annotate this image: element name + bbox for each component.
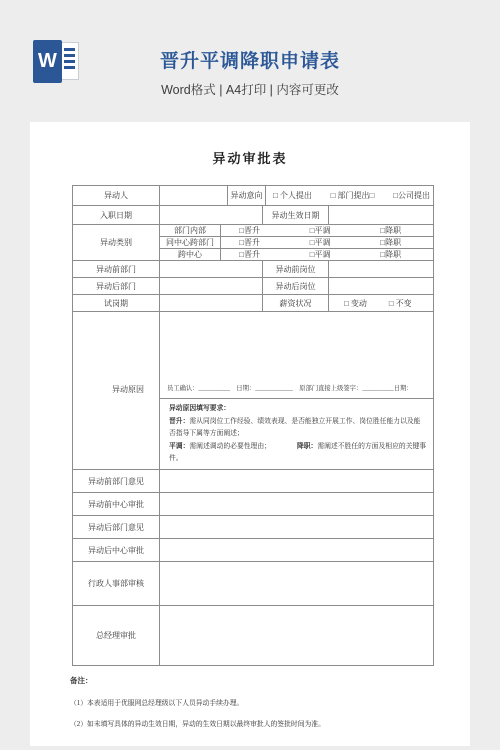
before-dept-value [160,261,263,278]
category-scope: 部门内部 [160,225,221,237]
approval-form-table: 异动人 异动意向 □ 个人提出 □ 部门提出□ □公司提出 入职日期 异动生效日… [72,185,434,666]
reason-label: 异动原因 [73,312,160,470]
table-row: 异动前部门 异动前岗位 [73,261,434,278]
approval-value [160,562,434,606]
approval-value [160,516,434,539]
document-page: 异动审批表 异动人 异动意向 □ 个人提出 □ 部门提出□ □公司提出 入职日期… [30,122,470,746]
category-scope: 跨中心 [160,249,221,261]
approval-value [160,606,434,666]
checkbox-option: □平调 [292,249,363,260]
reason-requirements: 异动原因填写要求： 晋升：需从同岗位工作经验、绩效表现、是否能独立开展工作、岗位… [160,399,433,469]
checkbox-option: □平调 [292,225,363,236]
template-subtitle: Word格式 | A4打印 | 内容可更改 [0,80,500,98]
intent-options: □ 个人提出 □ 部门提出□ □公司提出 [266,186,434,206]
checkbox-option: □晋升 [221,237,292,248]
reason-label-text: 异动原因 [112,382,120,399]
checkbox-option: □ 变动 [344,298,367,309]
requirement-term: 降职： [297,443,317,450]
before-dept-label: 异动前部门 [73,261,160,278]
category-subrows: 部门内部 □晋升 □平调 □降职 同中心跨部门 □晋升 □平调 □降职 [160,225,434,261]
table-row: 总经理审批 [73,606,434,666]
requirement-promotion: 晋升：需从同岗位工作经验、绩效表现、是否能独立开展工作、岗位胜任能力以及能否指导… [169,416,427,441]
category-options: □晋升 □平调 □降职 [221,225,434,237]
effective-date-label: 异动生效日期 [263,206,329,225]
before-post-label: 异动前岗位 [263,261,329,278]
checkbox-option: □降职 [362,225,433,236]
note-item: （1）本表适用于优服网总经理级以下人员异动手续办理。 [70,697,440,707]
preview-header: W 晋升平调降职申请表 Word格式 | A4打印 | 内容可更改 [0,0,500,122]
template-title: 晋升平调降职申请表 [0,46,500,73]
salary-label: 薪资状况 [263,295,329,312]
checkbox-option: □ 个人提出 [273,190,312,201]
checkbox-option: □晋升 [221,225,292,236]
requirement-text: 需从同岗位工作经验、绩效表现、是否能独立开展工作、岗位胜任能力以及能否指导下属等… [169,418,420,438]
trial-label: 试岗期 [73,295,160,312]
table-row: 部门内部 □晋升 □平调 □降职 [160,225,434,237]
approval-label: 异动后部门意见 [73,516,160,539]
approval-label: 异动后中心审批 [73,539,160,562]
before-post-value [329,261,434,278]
checkbox-option: □公司提出 [393,190,430,201]
category-rows: 异动类别 部门内部 □晋升 □平调 □降职 同中心跨部门 □晋升 □平调 □降职 [73,225,434,261]
checkbox-option: □ 部门提出□ [331,190,375,201]
category-label: 异动类别 [73,225,160,261]
table-row: 跨中心 □晋升 □平调 □降职 [160,249,434,261]
table-row: 同中心跨部门 □晋升 □平调 □降职 [160,237,434,249]
intent-label: 异动意向 [228,186,266,206]
person-label: 异动人 [73,186,160,206]
table-row: 异动后中心审批 [73,539,434,562]
requirement-text: 需阐述调动的必要性理由； [189,443,271,450]
requirement-transfer-demotion: 平调：需阐述调动的必要性理由；降职：需阐述不胜任的方面及相应的关键事件。 [169,441,427,466]
effective-date-value [329,206,434,225]
after-post-label: 异动后岗位 [263,278,329,295]
table-row: 异动后部门意见 [73,516,434,539]
approval-label: 异动前中心审批 [73,493,160,516]
person-value [160,186,228,206]
hire-date-value [160,206,263,225]
salary-options: □ 变动 □ 不变 [329,295,434,312]
approval-label: 异动前部门意见 [73,470,160,493]
approval-value [160,493,434,516]
table-row: 异动前中心审批 [73,493,434,516]
after-dept-value [160,278,263,295]
notes-label: 备注： [70,675,440,686]
after-post-value [329,278,434,295]
form-title: 异动审批表 [30,122,470,167]
table-row: 异动人 异动意向 □ 个人提出 □ 部门提出□ □公司提出 [73,186,434,206]
checkbox-option: □平调 [292,237,363,248]
checkbox-option: □ 不变 [389,298,412,309]
checkbox-option: □晋升 [221,249,292,260]
trial-value [160,295,263,312]
approval-value [160,470,434,493]
approval-label: 行政人事部审核 [73,562,160,606]
table-row: 异动后部门 异动后岗位 [73,278,434,295]
requirement-term: 平调： [169,443,189,450]
notes-section: 备注： （1）本表适用于优服网总经理级以下人员异动手续办理。 （2）如未填写具体… [70,675,440,728]
table-row: 入职日期 异动生效日期 [73,206,434,225]
reason-row: 异动原因 员工确认：__________ 日期：____________ 原部门… [73,312,434,470]
after-dept-label: 异动后部门 [73,278,160,295]
reason-content: 员工确认：__________ 日期：____________ 原部门直接上级签… [160,312,434,470]
table-row: 异动前部门意见 [73,470,434,493]
approval-value [160,539,434,562]
category-options: □晋升 □平调 □降职 [221,249,434,261]
table-row: 行政人事部审核 [73,562,434,606]
checkbox-option: □降职 [362,237,433,248]
checkbox-option: □降职 [362,249,433,260]
category-options: □晋升 □平调 □降职 [221,237,434,249]
approval-label: 总经理审批 [73,606,160,666]
note-item: （2）如未填写具体的异动生效日期，异动的生效日期以最终审批人的签批时间为准。 [70,718,440,728]
signature-line: 员工确认：__________ 日期：____________ 原部门直接上级签… [160,312,433,399]
requirement-term: 晋升： [169,418,189,425]
hire-date-label: 入职日期 [73,206,160,225]
requirements-heading: 异动原因填写要求： [169,403,427,416]
table-row: 试岗期 薪资状况 □ 变动 □ 不变 [73,295,434,312]
category-scope: 同中心跨部门 [160,237,221,249]
